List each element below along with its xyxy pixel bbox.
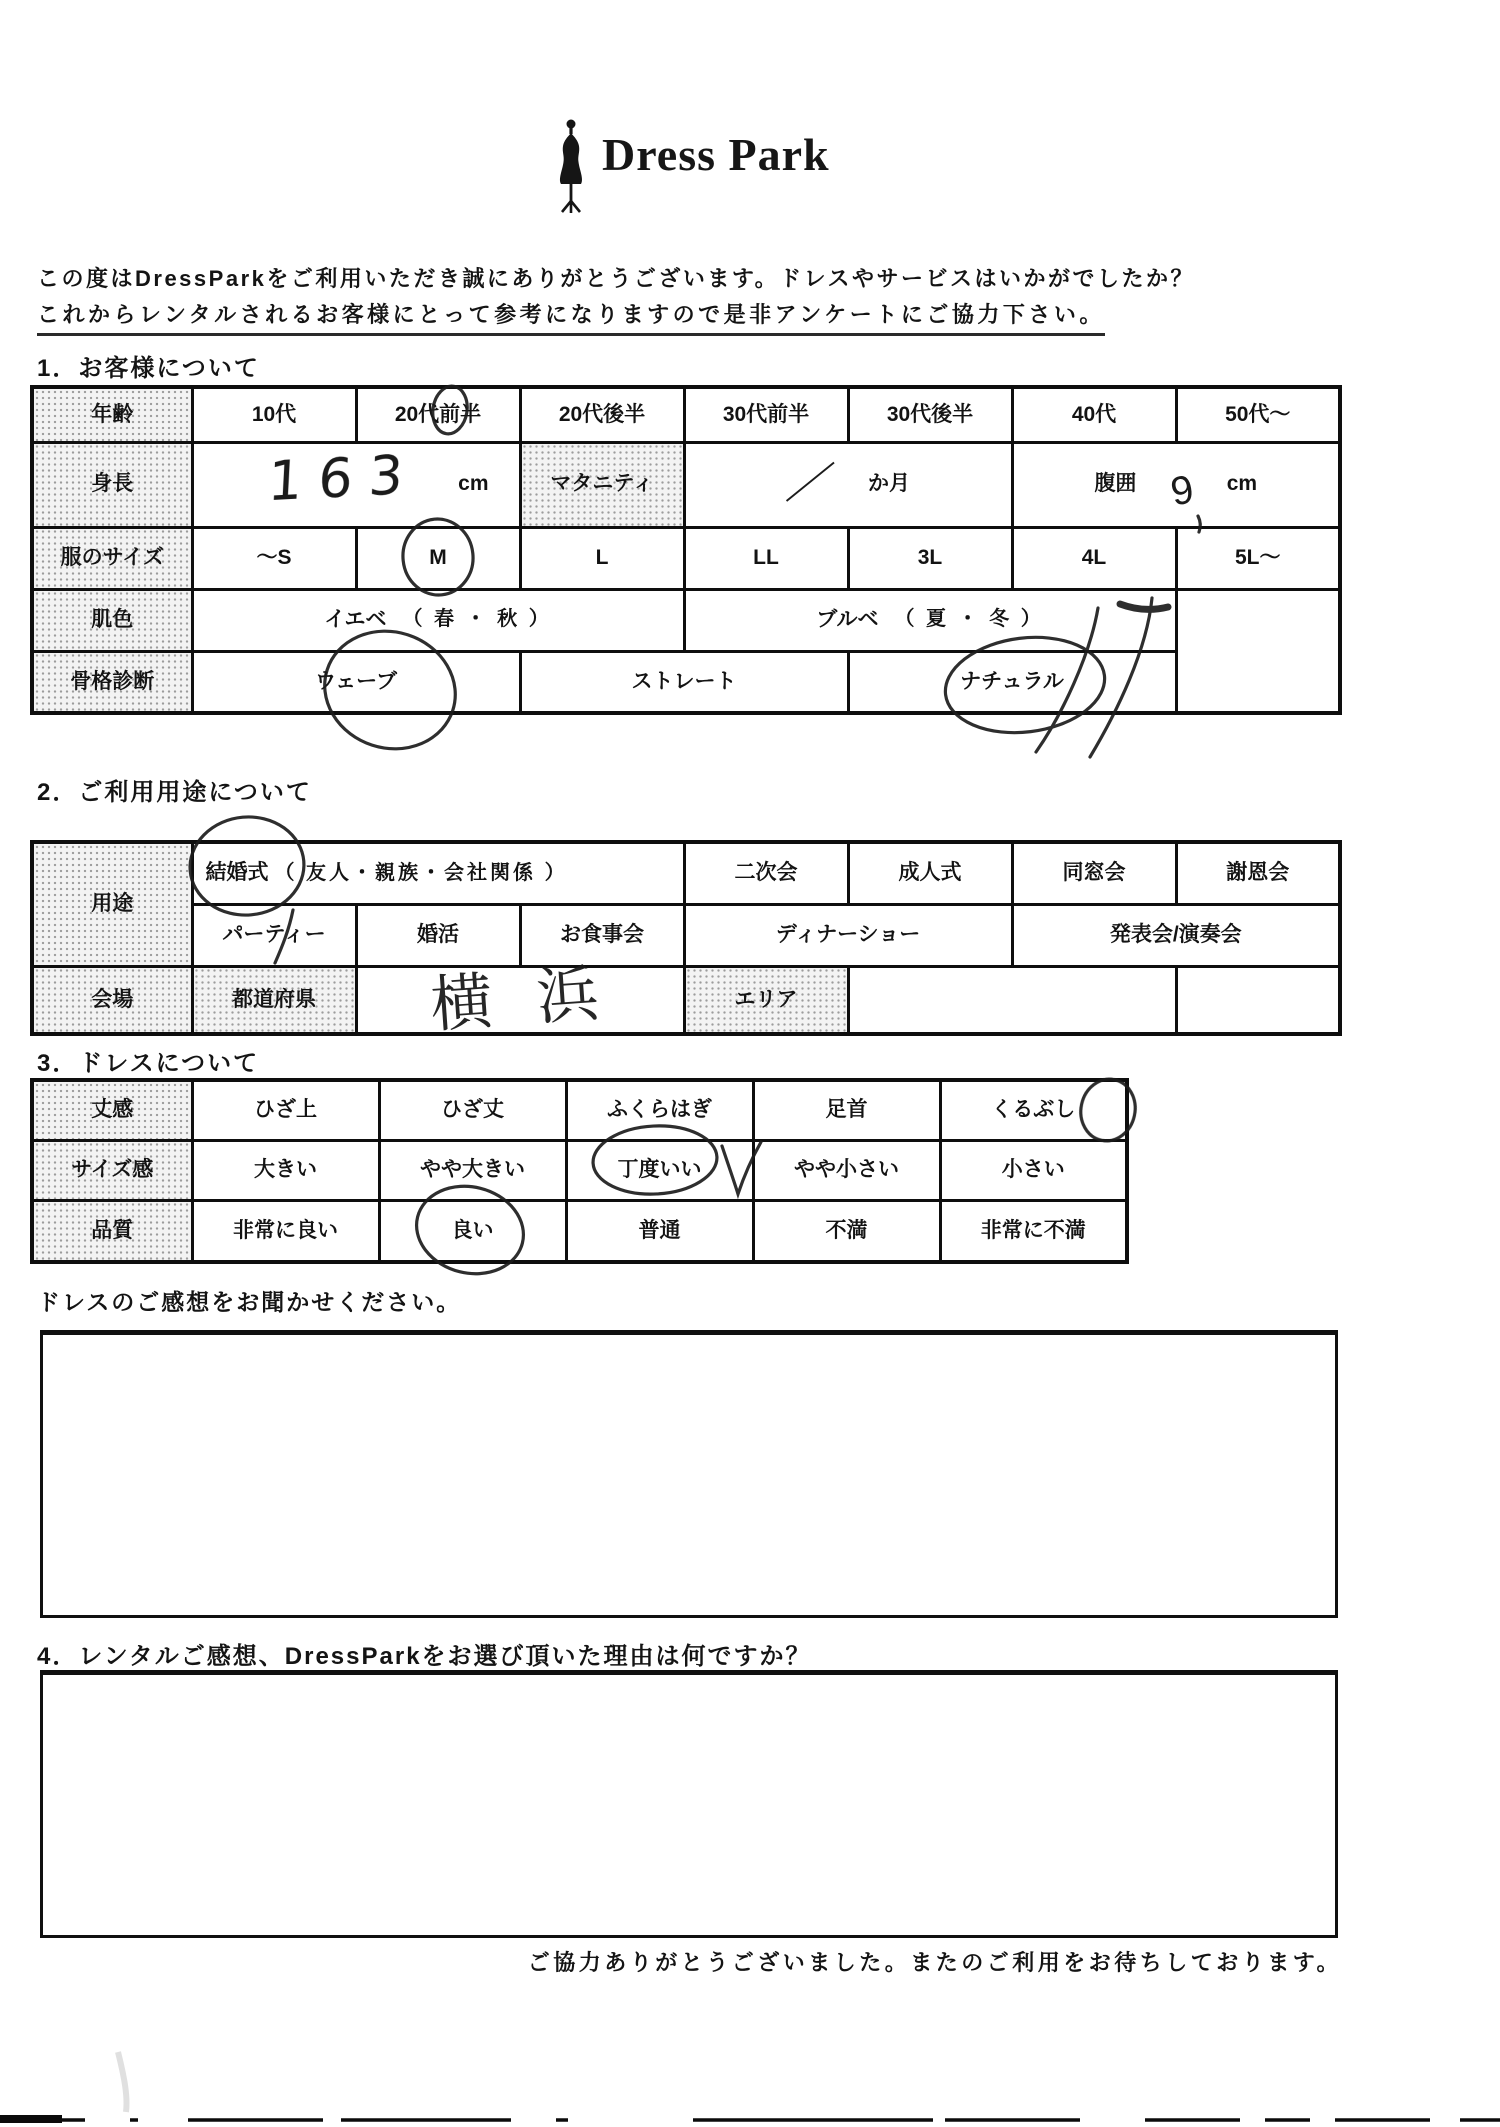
fit-option-just-right[interactable]: 丁度いい [566, 1140, 753, 1200]
section1-title: 1．お客様について [37, 348, 260, 383]
waist-label: 腹囲 [1094, 472, 1136, 496]
purpose-option-recital[interactable]: 発表会/演奏会 [1012, 904, 1340, 966]
size-option-ll[interactable]: LL [684, 527, 848, 589]
maternity-months-cell[interactable]: ／ か月 [684, 442, 1012, 527]
scan-smudge [118, 2052, 127, 2112]
age-label: 年齢 [32, 387, 192, 442]
length-option-above-knee[interactable]: ひざ上 [192, 1080, 379, 1140]
age-option-late-30s[interactable]: 30代後半 [848, 387, 1012, 442]
size-row: 服のサイズ ～S M L LL 3L 4L 5L～ [32, 527, 1340, 589]
skin-warm-text: イエベ [324, 608, 386, 632]
size-option-m[interactable]: M [356, 527, 520, 589]
dress-form-icon [550, 118, 592, 214]
age-option-10s[interactable]: 10代 [192, 387, 356, 442]
purpose-option-party[interactable]: パーティー [192, 904, 356, 966]
age-option-40s[interactable]: 40代 [1012, 387, 1176, 442]
length-option-ankle[interactable]: 足首 [753, 1080, 940, 1140]
quality-option-very-good[interactable]: 非常に良い [192, 1200, 379, 1262]
customer-table: 年齢 10代 20代前半 20代後半 30代前半 30代後半 40代 50代～ … [30, 385, 1342, 715]
wedding-text: 結婚式 [206, 861, 269, 885]
size-option-3l[interactable]: 3L [848, 527, 1012, 589]
purpose-row-2: パーティー 婚活 お食事会 ディナーショー 発表会/演奏会 [32, 904, 1340, 966]
dress-feedback-box[interactable] [40, 1330, 1338, 1618]
fit-option-big[interactable]: 大きい [192, 1140, 379, 1200]
quality-row: 品質 非常に良い 良い 普通 不満 非常に不満 [32, 1200, 1127, 1262]
fit-option-small[interactable]: 小さい [940, 1140, 1127, 1200]
venue-label: 会場 [32, 966, 192, 1034]
skin-tone-label: 肌色 [32, 589, 192, 651]
usage-table: 用途 結婚式 （ 友人・親族・会社関係 ） 二次会 成人式 同窓会 謝恩会 パー… [30, 840, 1342, 1036]
prefecture-label: 都道府県 [192, 966, 356, 1034]
dress-feedback-prompt: ドレスのご感想をお聞かせください。 [37, 1284, 461, 1317]
age-option-50s[interactable]: 50代～ [1176, 387, 1340, 442]
age-option-early-30s[interactable]: 30代前半 [684, 387, 848, 442]
quality-option-unsatisfied[interactable]: 不満 [753, 1200, 940, 1262]
area-label: エリア [684, 966, 848, 1034]
skin-tone-row: 肌色 イエベ （ 春 ・ 秋 ） ブルベ （ 夏 ・ 冬 ） [32, 589, 1340, 651]
skin-warm-detail: （ 春 ・ 秋 ） [402, 608, 551, 631]
skin-option-cool[interactable]: ブルベ （ 夏 ・ 冬 ） [684, 589, 1176, 651]
months-unit: か月 [868, 472, 910, 496]
brand-name: Dress Park [602, 128, 830, 181]
size-label: 服のサイズ [32, 527, 192, 589]
fit-label: サイズ感 [32, 1140, 192, 1200]
age-option-early-20s[interactable]: 20代前半 [356, 387, 520, 442]
wedding-detail: （ 友人・親族・会社関係 ） [275, 862, 568, 885]
maternity-label: マタニティ [520, 442, 684, 527]
purpose-option-dinner-show[interactable]: ディナーショー [684, 904, 1012, 966]
age-row: 年齢 10代 20代前半 20代後半 30代前半 30代後半 40代 50代～ [32, 387, 1340, 442]
length-row: 丈感 ひざ上 ひざ丈 ふくらはぎ 足首 くるぶし [32, 1080, 1127, 1140]
size-option-s[interactable]: ～S [192, 527, 356, 589]
skeleton-option-natural[interactable]: ナチュラル [848, 651, 1176, 713]
quality-option-normal[interactable]: 普通 [566, 1200, 753, 1262]
skin-option-warm[interactable]: イエベ （ 春 ・ 秋 ） [192, 589, 684, 651]
prefecture-handwritten-value: 横浜 [427, 941, 645, 1045]
purpose-option-thanks-party[interactable]: 謝恩会 [1176, 842, 1340, 904]
purpose-option-reunion[interactable]: 同窓会 [1012, 842, 1176, 904]
waist-handwritten-value: 9 [1168, 466, 1198, 515]
fit-option-slightly-small[interactable]: やや小さい [753, 1140, 940, 1200]
fit-option-slightly-big[interactable]: やや大きい [379, 1140, 566, 1200]
intro-line1: この度はDressParkをご利用いただき誠にありがとうございます。ドレスやサー… [37, 262, 1195, 293]
intro-line2: これからレンタルされるお客様にとって参考になりますので是非アンケートにご協力下さ… [37, 298, 1105, 336]
section4-title: 4．レンタルご感想、DressParkをお選び頂いた理由は何ですか？ [37, 1636, 812, 1671]
skeleton-option-wave[interactable]: ウェーブ [192, 651, 520, 713]
age-option-late-20s[interactable]: 20代後半 [520, 387, 684, 442]
quality-option-good[interactable]: 良い [379, 1200, 566, 1262]
size-option-5l[interactable]: 5L～ [1176, 527, 1340, 589]
rental-feedback-box[interactable] [40, 1670, 1338, 1938]
skeleton-option-straight[interactable]: ストレート [520, 651, 848, 713]
height-handwritten-value: 163 [266, 442, 420, 513]
dress-table: 丈感 ひざ上 ひざ丈 ふくらはぎ 足首 くるぶし サイズ感 大きい やや大きい … [30, 1078, 1129, 1264]
venue-row: 会場 都道府県 エリア [32, 966, 1340, 1034]
height-row: 身長 cm マタニティ ／ か月 腹囲 9 cm [32, 442, 1340, 527]
purpose-row-1: 用途 結婚式 （ 友人・親族・会社関係 ） 二次会 成人式 同窓会 謝恩会 [32, 842, 1340, 904]
length-option-anklebone[interactable]: くるぶし [940, 1080, 1127, 1140]
brand-logo: Dress Park [550, 116, 830, 214]
quality-label: 品質 [32, 1200, 192, 1262]
skeleton-label: 骨格診断 [32, 651, 192, 713]
skeleton-row: 骨格診断 ウェーブ ストレート ナチュラル [32, 651, 1340, 713]
scan-edge-artifacts [0, 2052, 1500, 2120]
questionnaire-page: Dress Park この度はDressParkをご利用いただき誠にありがとうご… [0, 0, 1500, 2127]
purpose-option-coming-of-age[interactable]: 成人式 [848, 842, 1012, 904]
waist-unit: cm [1227, 472, 1257, 496]
footer-thanks: ご協力ありがとうございました。またのご利用をお待ちしております。 [528, 1946, 1342, 1977]
purpose-option-afterparty[interactable]: 二次会 [684, 842, 848, 904]
area-value-cell[interactable] [848, 966, 1176, 1034]
size-option-4l[interactable]: 4L [1012, 527, 1176, 589]
section3-title: 3．ドレスについて [37, 1043, 259, 1078]
fit-row: サイズ感 大きい やや大きい 丁度いい やや小さい 小さい [32, 1140, 1127, 1200]
length-option-knee[interactable]: ひざ丈 [379, 1080, 566, 1140]
length-option-calf[interactable]: ふくらはぎ [566, 1080, 753, 1140]
waist-cell[interactable]: 腹囲 9 cm [1012, 442, 1340, 527]
size-option-l[interactable]: L [520, 527, 684, 589]
months-handwritten-slash: ／ [783, 455, 837, 515]
height-unit: cm [458, 472, 488, 496]
quality-option-very-unsatisfied[interactable]: 非常に不満 [940, 1200, 1127, 1262]
skin-cool-detail: （ 夏 ・ 冬 ） [894, 608, 1043, 631]
height-label: 身長 [32, 442, 192, 527]
purpose-label: 用途 [32, 842, 192, 966]
length-label: 丈感 [32, 1080, 192, 1140]
purpose-option-wedding[interactable]: 結婚式 （ 友人・親族・会社関係 ） [192, 842, 684, 904]
skin-cool-text: ブルベ [816, 608, 878, 632]
section2-title: 2．ご利用用途について [37, 772, 312, 807]
